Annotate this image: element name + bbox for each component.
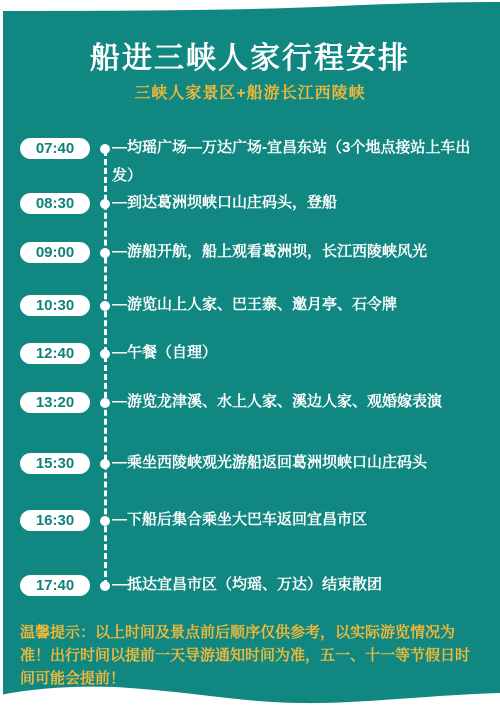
- timeline-dot-icon: [100, 398, 110, 408]
- time-badge: 10:30: [20, 295, 90, 316]
- page-subtitle: 三峡人家景区+船游长江西陵峡: [0, 80, 500, 103]
- timeline-description: —下船后集合乘坐大巴车返回宜昌市区: [112, 506, 490, 534]
- timeline-row: 07:40 —均瑶广场—万达广场-宜昌东站（3个地点接站上车出发）: [0, 138, 500, 159]
- time-badge: 15:30: [20, 453, 90, 474]
- timeline-row: 13:20 —游览龙津溪、水上人家、溪边人家、观婚嫁表演: [0, 392, 500, 413]
- timeline-description: —抵达宜昌市区（均瑶、万达）结束散团: [112, 571, 490, 599]
- time-badge: 07:40: [20, 138, 90, 159]
- bottom-wave: [0, 678, 500, 712]
- timeline-row: 16:30 —下船后集合乘坐大巴车返回宜昌市区: [0, 510, 500, 531]
- timeline-dot-icon: [100, 581, 110, 591]
- time-badge: 17:40: [20, 575, 90, 596]
- timeline-description: —到达葛洲坝峡口山庄码头，登船: [112, 189, 490, 217]
- timeline-dot-icon: [100, 199, 110, 209]
- timeline-description: —午餐（自理）: [112, 339, 490, 367]
- timeline-description: —均瑶广场—万达广场-宜昌东站（3个地点接站上车出发）: [112, 134, 490, 190]
- timeline-description: —游船开航，船上观看葛洲坝，长江西陵峡风光: [112, 238, 490, 266]
- timeline-dot-icon: [100, 301, 110, 311]
- time-badge: 12:40: [20, 343, 90, 364]
- timeline-row: 12:40 —午餐（自理）: [0, 343, 500, 364]
- timeline-dot-icon: [100, 144, 110, 154]
- timeline-description: —乘坐西陵峡观光游船返回葛洲坝峡口山庄码头: [112, 449, 490, 477]
- timeline-description: —游览龙津溪、水上人家、溪边人家、观婚嫁表演: [112, 388, 490, 416]
- timeline-row: 17:40 —抵达宜昌市区（均瑶、万达）结束散团: [0, 575, 500, 596]
- timeline-row: 09:00 —游船开航，船上观看葛洲坝，长江西陵峡风光: [0, 242, 500, 263]
- time-badge: 09:00: [20, 242, 90, 263]
- top-wave: [0, 0, 500, 12]
- timeline-row: 15:30 —乘坐西陵峡观光游船返回葛洲坝峡口山庄码头: [0, 453, 500, 474]
- timeline-dot-icon: [100, 248, 110, 258]
- timeline-dot-icon: [100, 516, 110, 526]
- itinerary-poster: 船进三峡人家行程安排 三峡人家景区+船游长江西陵峡 07:40 —均瑶广场—万达…: [0, 0, 500, 712]
- timeline-row: 10:30 —游览山上人家、巴王寨、邀月亭、石令牌: [0, 295, 500, 316]
- page-title: 船进三峡人家行程安排: [0, 33, 500, 77]
- time-badge: 13:20: [20, 392, 90, 413]
- time-badge: 16:30: [20, 510, 90, 531]
- time-badge: 08:30: [20, 193, 90, 214]
- timeline-row: 08:30 —到达葛洲坝峡口山庄码头，登船: [0, 193, 500, 214]
- timeline-dot-icon: [100, 459, 110, 469]
- timeline-dot-icon: [100, 349, 110, 359]
- timeline-description: —游览山上人家、巴王寨、邀月亭、石令牌: [112, 291, 490, 319]
